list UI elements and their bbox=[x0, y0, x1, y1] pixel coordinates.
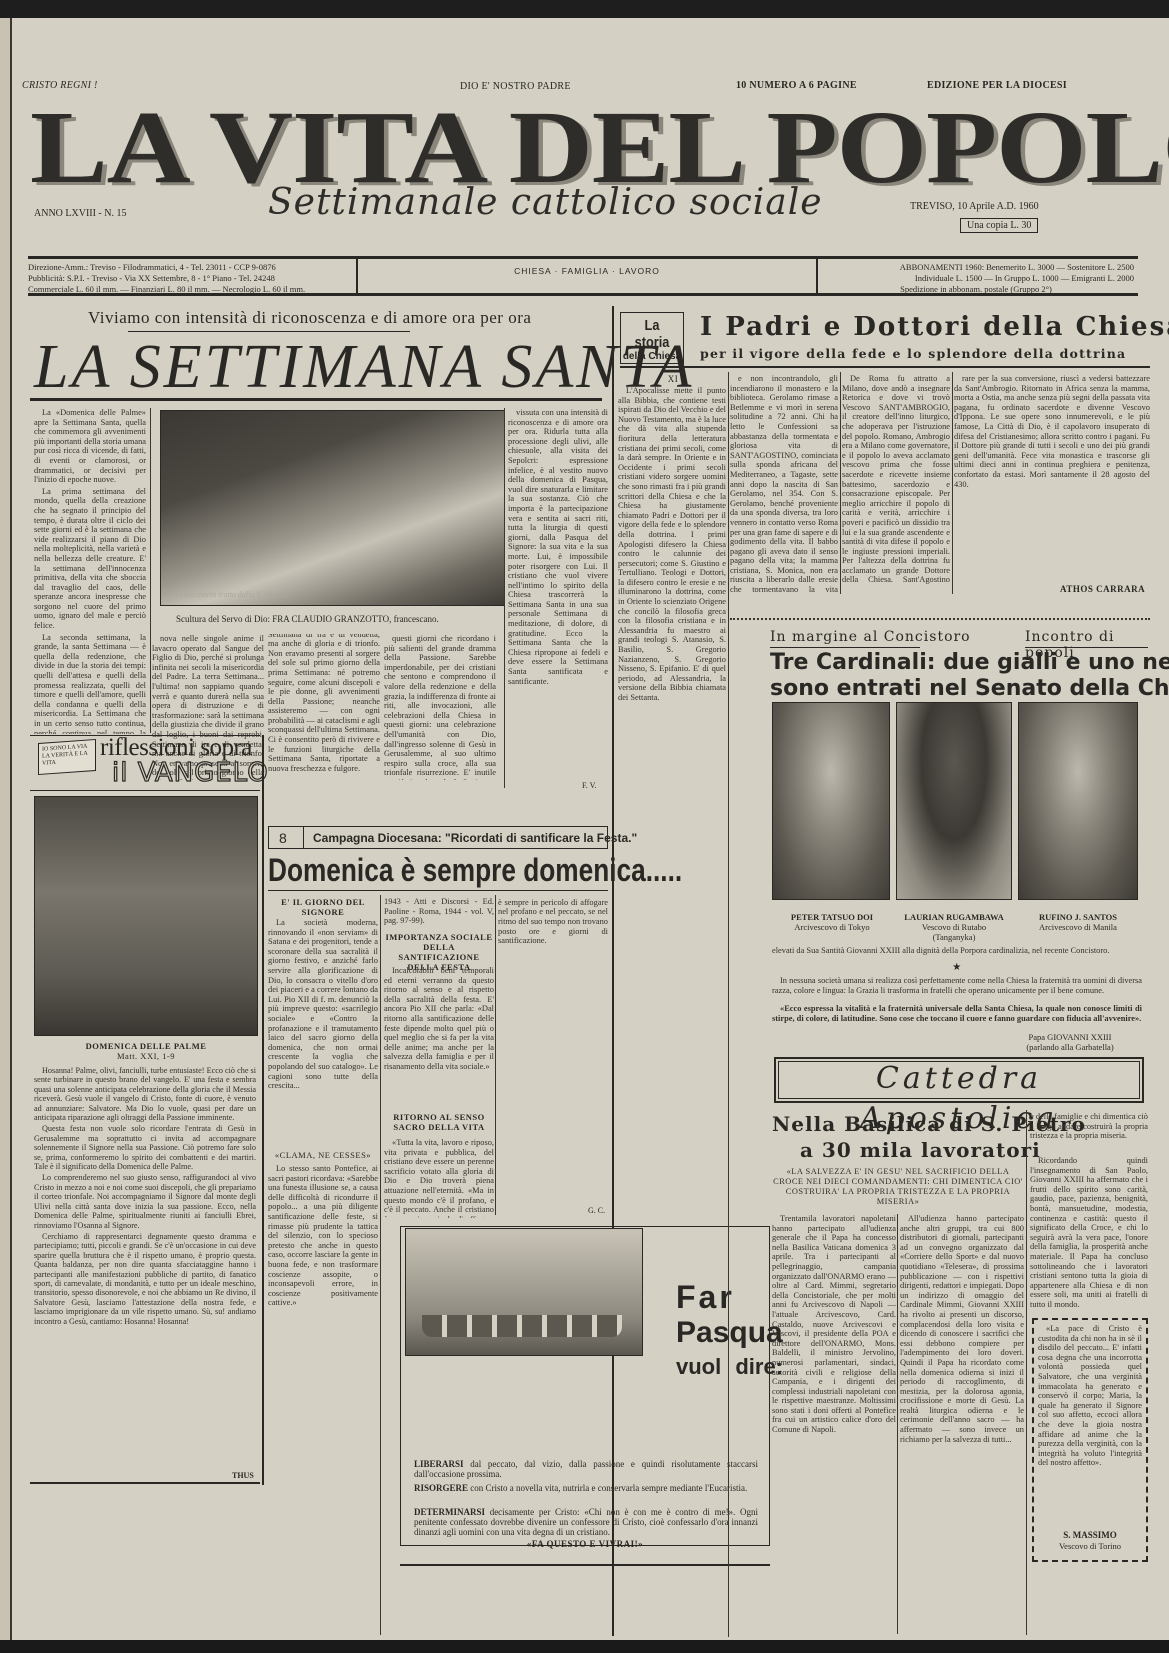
label-line-2: della Chiesa bbox=[621, 351, 683, 362]
column-divider bbox=[952, 372, 953, 594]
pasqua-title: Pasqua bbox=[676, 1316, 783, 1350]
settimana-headline: LA SETTIMANA SANTA bbox=[34, 336, 694, 398]
paragraph: Questa festa non vuole solo ricordare l'… bbox=[34, 1124, 256, 1171]
palm-sunday-mosaic bbox=[34, 796, 258, 1036]
paragraph: De Roma fu attratto a Milano, dove andò … bbox=[842, 374, 950, 584]
paragraph: e non incontrandolo, gli incendiarono il… bbox=[730, 374, 838, 594]
paragraph: nova nelle singole anime il lavacro oper… bbox=[268, 634, 380, 773]
cardinali-headline-1: Tre Cardinali: due gialli e uno nero bbox=[770, 650, 1169, 675]
settimana-col-4: vissuta con una intensità di riconoscenz… bbox=[508, 408, 608, 784]
padri-signature: ATHOS CARRARA bbox=[1060, 584, 1145, 594]
subscription-info: ABBONAMENTI 1960: Benemerito L. 3000 — S… bbox=[816, 259, 1138, 293]
kicker-underline bbox=[770, 647, 920, 648]
cardinal-extra: (Tanganyka) bbox=[894, 932, 1014, 942]
vuol-dire-title: vuol dire: bbox=[676, 1354, 783, 1380]
paragraph: «La pace di Cristo è custodita da chi no… bbox=[1038, 1324, 1142, 1468]
paragraph: Hosanna! Palme, olivi, fanciulli, turbe … bbox=[34, 1066, 256, 1122]
paragraph: La società moderna, rinnovando il «non s… bbox=[268, 918, 378, 1091]
cardinal-name: PETER TATSUO DOI bbox=[772, 912, 892, 922]
mosaic-caption-ref: Matt. XXI, 1-9 bbox=[34, 1051, 258, 1061]
book-text-right: LA VERITÀ E LA VITA bbox=[42, 750, 92, 767]
concistoro-kicker: In margine al Concistoro bbox=[770, 629, 971, 645]
column-divider bbox=[728, 372, 729, 1637]
settimana-col-2b: nova nelle singole anime il lavacro oper… bbox=[268, 634, 380, 780]
sub-clama: «CLAMA, NE CESSES» bbox=[268, 1150, 378, 1160]
cardinal-title: Arcivescovo di Manila bbox=[1018, 922, 1138, 932]
copy-price: Una copia L. 30 bbox=[960, 218, 1038, 233]
paragraph: elevati da Sua Santità Giovanni XXIII al… bbox=[772, 946, 1142, 956]
kicker-underline bbox=[1025, 647, 1148, 648]
advertising-info: Pubblicità: S.P.I. - Treviso - Via XX Se… bbox=[28, 273, 356, 284]
domenica-rule bbox=[268, 890, 608, 891]
column-divider bbox=[380, 895, 381, 1635]
paragraph: 1943 - Atti e Discorsi - Ed. Paoline - R… bbox=[384, 897, 494, 926]
subscription-rates-2: Individuale L. 1500 — In Gruppo L. 1000 … bbox=[818, 273, 1134, 284]
paragraph: Cerchiamo di rappresentarci degnamente q… bbox=[34, 1232, 256, 1326]
paragraph: e delle famiglie e chi dimentica ciò a l… bbox=[1030, 1112, 1148, 1141]
paragraph: L'Apocalisse mette il punto alla Bibbia,… bbox=[618, 386, 726, 703]
dateline: TREVISO, 10 Aprile A.D. 1960 bbox=[910, 201, 1039, 212]
campagna-label-box: 8 Campagna Diocesana: "Ricordati di sant… bbox=[268, 826, 608, 849]
cardinal-name: LAURIAN RUGAMBAWA bbox=[894, 912, 1014, 922]
paragraph: Ricordando quindi l'insegnamento di San … bbox=[1030, 1156, 1148, 1308]
padri-col-1: L'Apocalisse mette il punto alla Bibbia,… bbox=[618, 386, 726, 776]
open-book-icon: IO SONO LA VIA LA VERITÀ E LA VITA bbox=[38, 739, 96, 775]
settimana-col-3: questi giorni che ricordano i più salien… bbox=[384, 634, 496, 780]
campagna-col-3-top: 1943 - Atti e Discorsi - Ed. Paoline - R… bbox=[384, 897, 494, 927]
campagna-number: 8 bbox=[279, 830, 287, 846]
riflessioni-body: Hosanna! Palme, olivi, fanciulli, turbe … bbox=[34, 1066, 256, 1470]
headline-rule bbox=[30, 398, 602, 401]
term: LIBERARSI bbox=[414, 1459, 464, 1469]
column-divider bbox=[840, 372, 841, 594]
cardinal-title: Arcivescovo di Tokyo bbox=[772, 922, 892, 932]
paragraph: vissuta con una intensità di riconoscenz… bbox=[508, 408, 608, 686]
definition: con Cristo a novella vita, nutrirla e co… bbox=[468, 1483, 747, 1493]
cardinal-name: RUFINO J. SANTOS bbox=[1018, 912, 1138, 922]
paragraph: Lo stesso santo Pontefice, ai sacri past… bbox=[268, 1164, 378, 1308]
quote-context: (parlando alla Garbatella) bbox=[1000, 1042, 1140, 1052]
admin-address: Direzione-Amm.: Treviso - Filodrammatici… bbox=[28, 262, 356, 273]
sub-ritorno: RITORNO AL SENSO SACRO DELLA VITA bbox=[384, 1112, 494, 1132]
term: RISORGERE bbox=[414, 1483, 468, 1493]
column-divider bbox=[897, 1214, 898, 1634]
column-divider bbox=[1026, 1110, 1027, 1635]
cattedra-col-2: All'udienza hanno partecipato anche altr… bbox=[900, 1214, 1024, 1634]
far-pasqua-bottom-rule bbox=[400, 1564, 770, 1566]
cardinal-title: Vescovo di Rutabo bbox=[894, 922, 1014, 932]
star-separator: ★ bbox=[772, 962, 1142, 973]
far-pasqua-item: RISORGERE con Cristo a novella vita, nut… bbox=[414, 1483, 758, 1493]
campagna-col-4a: «Tutta la vita, lavoro e riposo, vita pr… bbox=[384, 1138, 494, 1218]
cattedra-col-3: Ricordando quindi l'insegnamento di San … bbox=[1030, 1156, 1148, 1308]
settimana-signature: F. V. bbox=[582, 781, 596, 790]
cardinali-headline-2: sono entrati nel Senato della Chiesa bbox=[770, 676, 1169, 701]
paragraph: La prima settimana del mondo, quella del… bbox=[34, 487, 146, 631]
vangelo-title: il VANGELO bbox=[112, 758, 269, 788]
paragraph: «Ecco espressa la vitalità e la fraterni… bbox=[772, 1004, 1142, 1023]
paragraph: Incalcolabili beni temporali ed eterni v… bbox=[384, 966, 494, 1072]
far-pasqua-closing: «FA QUESTO E VIVRAI!» bbox=[400, 1539, 770, 1549]
sculpture-photo bbox=[160, 410, 505, 606]
mosaic-baskets bbox=[422, 1315, 622, 1337]
label-line-1: La storia bbox=[626, 317, 679, 351]
riflessioni-end-rule bbox=[30, 1482, 260, 1484]
riflessioni-signature: THUS bbox=[232, 1471, 254, 1480]
paragraph: La «Domenica delle Palme» apre la Settim… bbox=[34, 408, 146, 485]
riflessioni-bottom-rule bbox=[30, 790, 260, 791]
column-divider bbox=[262, 735, 264, 1485]
term: DETERMINARSI bbox=[414, 1507, 485, 1517]
column-divider bbox=[495, 895, 496, 1215]
motto: CHIESA · FAMIGLIA · LAVORO bbox=[362, 259, 812, 293]
settimana-kicker: Viviamo con intensità di riconoscenza e … bbox=[88, 308, 531, 328]
portrait-rugambawa bbox=[896, 702, 1012, 900]
paragraph: «LA SALVEZZA E' IN GESU' NEL SACRIFICIO … bbox=[772, 1167, 1024, 1207]
far-title: Far bbox=[676, 1280, 735, 1314]
definition: dal peccato, dal vizio, dalla passione e… bbox=[414, 1459, 758, 1479]
admin-info: Direzione-Amm.: Treviso - Filodrammatici… bbox=[28, 259, 358, 293]
padri-subhead: per il vigore della fede e lo splendore … bbox=[700, 346, 1126, 361]
padri-col-3: De Roma fu attratto a Milano, dove andò … bbox=[842, 374, 950, 584]
massimo-quote: «La pace di Cristo è custodita da chi no… bbox=[1038, 1324, 1142, 1520]
settimana-col-1: La «Domenica delle Palme» apre la Settim… bbox=[34, 408, 146, 734]
portrait-doi bbox=[772, 702, 890, 900]
ornamental-divider bbox=[730, 618, 1150, 620]
domenica-headline: Domenica è sempre domenica..... bbox=[268, 852, 682, 889]
paragraph: Trentamila lavoratori napoletani hanno p… bbox=[772, 1214, 896, 1435]
issue-number: ANNO LXVIII - N. 15 bbox=[34, 208, 126, 219]
cattedra-col-3-top: e delle famiglie e chi dimentica ciò a l… bbox=[1030, 1112, 1148, 1154]
far-pasqua-item: DETERMINARSI decisamente per Cristo: «Ch… bbox=[414, 1507, 758, 1537]
massimo-context: Vescovo di Torino bbox=[1032, 1541, 1148, 1551]
padri-rule bbox=[620, 366, 1150, 368]
paragraph: rare per la sua conversione, riuscì a ve… bbox=[954, 374, 1150, 489]
quote-author: Papa GIOVANNI XXIII bbox=[1000, 1032, 1140, 1042]
postal-info: Spedizione in abbonam. postale (Gruppo 2… bbox=[818, 284, 1134, 295]
chapter-number: XI bbox=[618, 374, 728, 384]
paragraph: «Tutta la vita, lavoro e riposo, vita pr… bbox=[384, 1138, 494, 1218]
cattedra-col-1: Trentamila lavoratori napoletani hanno p… bbox=[772, 1214, 896, 1634]
paragraph: «Tutta la vita, lavoro e riposo, vita pr… bbox=[498, 897, 608, 946]
campagna-col-1: La società moderna, rinnovando il «non s… bbox=[268, 918, 378, 1148]
column-divider bbox=[504, 408, 505, 788]
padri-col-4: rare per la sua conversione, riuscì a ve… bbox=[954, 374, 1150, 574]
campagna-col-4: «Tutta la vita, lavoro e riposo, vita pr… bbox=[498, 897, 608, 1197]
subscription-rates-1: ABBONAMENTI 1960: Benemerito L. 3000 — S… bbox=[818, 262, 1134, 273]
page-background bbox=[0, 1640, 1169, 1653]
ad-rates: Commerciale L. 60 il mm. — Finanziari L.… bbox=[28, 284, 356, 295]
far-pasqua-item: LIBERARSI dal peccato, dal vizio, dalla … bbox=[414, 1459, 758, 1479]
padri-col-2: e non incontrandolo, gli incendiarono il… bbox=[730, 374, 838, 594]
portrait-santos bbox=[1018, 702, 1138, 900]
cattedra-subhead: «LA SALVEZZA E' IN GESU' NEL SACRIFICIO … bbox=[772, 1167, 1024, 1211]
paragraph: All'udienza hanno partecipato anche altr… bbox=[900, 1214, 1024, 1444]
mosaic-caption-title: DOMENICA DELLE PALME bbox=[34, 1041, 258, 1051]
label-divider bbox=[303, 827, 304, 848]
info-bar: Direzione-Amm.: Treviso - Filodrammatici… bbox=[28, 256, 1138, 296]
newspaper-subtitle: Settimanale cattolico sociale bbox=[268, 182, 823, 223]
storia-chiesa-label: La storia della Chiesa bbox=[620, 312, 684, 364]
photo-caption: Scultura del Servo di Dio: FRA CLAUDIO G… bbox=[176, 614, 439, 624]
paragraph: Lo comprenderemo nel suo giusto senso, r… bbox=[34, 1173, 256, 1229]
paragraph: La seconda settimana, la grande, la sant… bbox=[34, 633, 146, 734]
column-divider bbox=[150, 408, 151, 733]
paragraph: In nessuna società umana si realizza cos… bbox=[772, 976, 1142, 995]
campagna-label: Campagna Diocesana: "Ricordati di santif… bbox=[313, 831, 637, 845]
campagna-col-2: Lo stesso santo Pontefice, ai sacri past… bbox=[268, 1164, 378, 1394]
photo-credit: Cristo morto tratto dalla S. Sindone bbox=[175, 590, 290, 599]
sub-giorno-signore: E' IL GIORNO DEL SIGNORE bbox=[268, 897, 378, 917]
padri-headline: I Padri e Dottori della Chiesa bbox=[700, 312, 1169, 342]
cattedra-banner: Cattedra Apostolica bbox=[774, 1057, 1144, 1103]
paragraph: questi giorni che ricordano i più salien… bbox=[384, 634, 496, 780]
massimo-author: S. MASSIMO bbox=[1032, 1530, 1148, 1540]
kicker-underline bbox=[128, 331, 410, 332]
campagna-col-3: Incalcolabili beni temporali ed eterni v… bbox=[384, 966, 494, 1106]
cattedra-headline-2: a 30 mila lavoratori bbox=[800, 1138, 1041, 1162]
campagna-signature: G. C. bbox=[588, 1206, 605, 1215]
binding-edge bbox=[0, 18, 12, 1643]
